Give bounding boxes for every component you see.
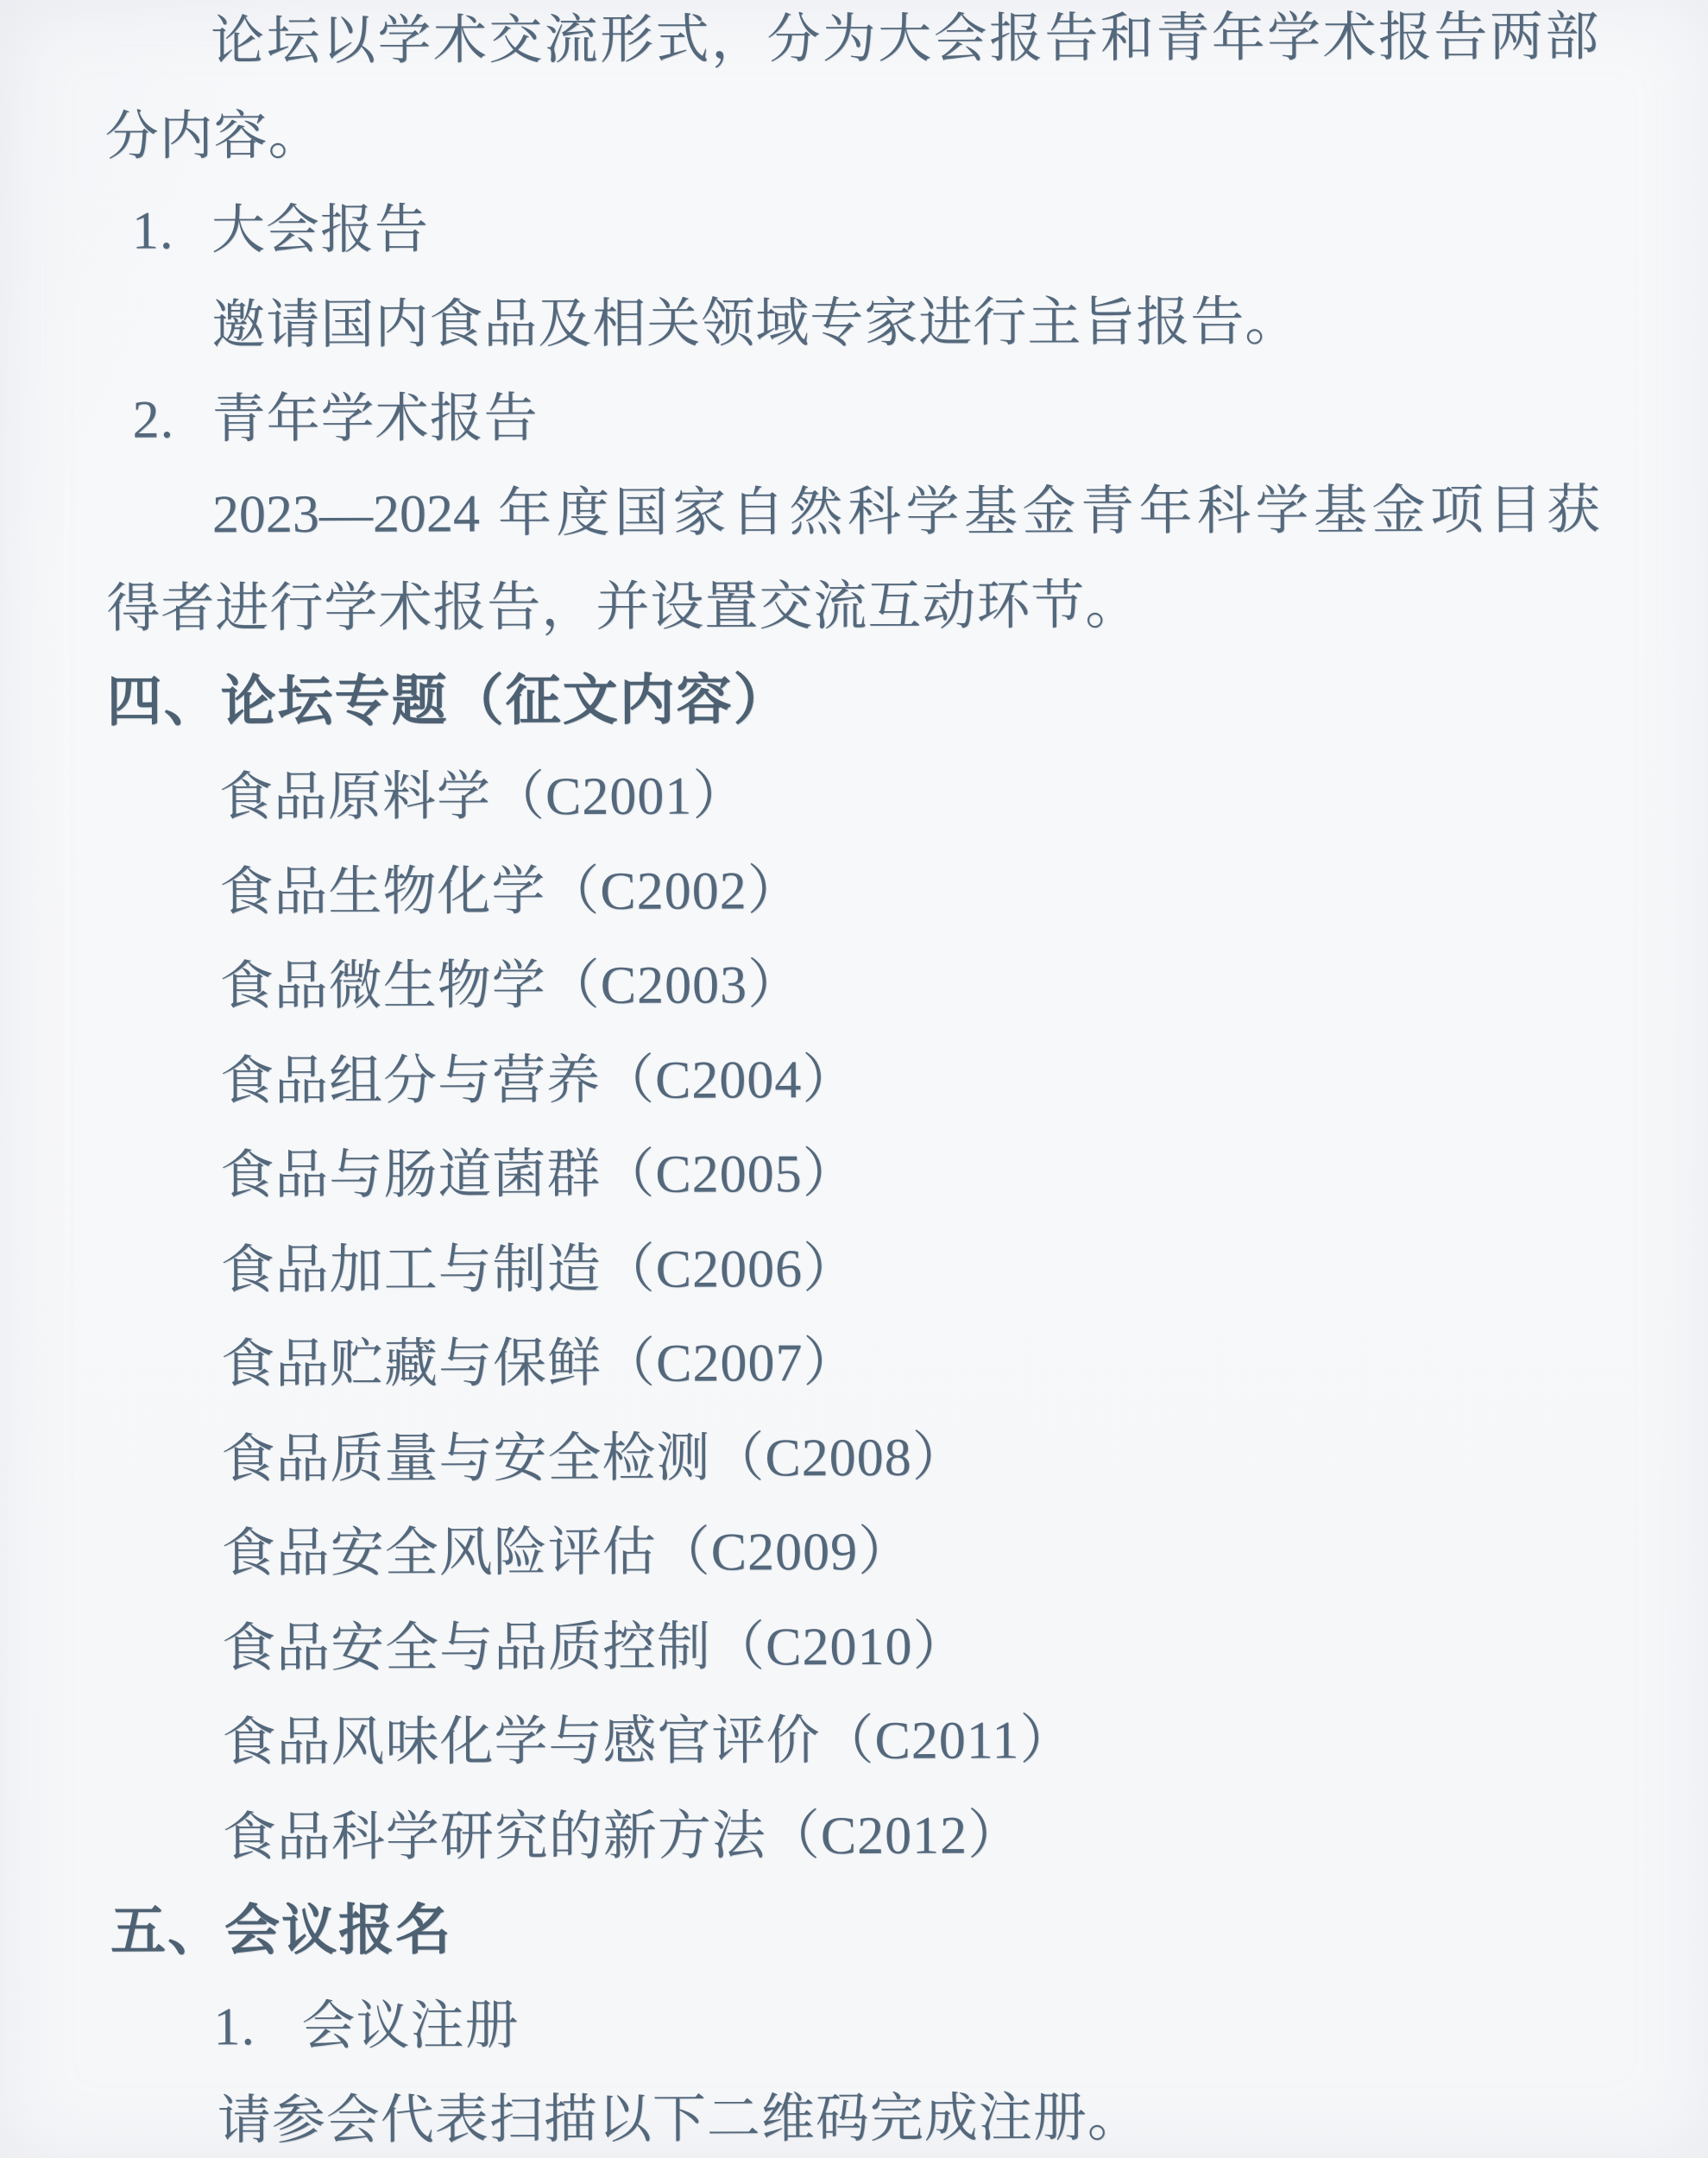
- section-heading-registration: 五、会议报名: [110, 1900, 452, 1959]
- report-item-2-number: 2.: [132, 390, 211, 449]
- topic-item: 食品科学研究的新方法（C2012）: [223, 1806, 1023, 1867]
- topic-item: 食品加工与制造（C2006）: [221, 1240, 858, 1300]
- topic-item: 食品原料学（C2001）: [219, 767, 747, 827]
- overview-line-1: 论坛以学术交流形式，分为大会报告和青年学术报告两部: [211, 8, 1598, 71]
- report-item-2-title: 青年学术报告: [211, 389, 538, 449]
- topic-item: 食品微生物学（C2003）: [220, 956, 803, 1016]
- topic-item: 食品质量与安全检测（C2008）: [221, 1429, 967, 1490]
- report-item-1-number: 1.: [132, 201, 211, 260]
- registration-item-1-number: 1.: [213, 1997, 301, 2056]
- registration-item-1-title: 会议注册: [301, 1997, 519, 2056]
- topic-item: 食品生物化学（C2002）: [219, 861, 802, 922]
- report-item-2: 2.青年学术报告: [132, 389, 538, 449]
- overview-line-2: 分内容。: [104, 107, 322, 167]
- report-item-1: 1.大会报告: [132, 201, 429, 261]
- report-item-1-desc: 邀请国内食品及相关领域专家进行主旨报告。: [211, 293, 1299, 355]
- page-content: 论坛以学术交流形式，分为大会报告和青年学术报告两部 分内容。 1.大会报告 邀请…: [0, 0, 1708, 2158]
- report-item-2-desc-line-2: 得者进行学术报告，并设置交流互动环节。: [106, 577, 1139, 639]
- report-item-2-desc-line-1: 2023—2024 年度国家自然科学基金青年科学基金项目获: [212, 481, 1600, 544]
- topic-item: 食品与肠道菌群（C2005）: [220, 1145, 857, 1205]
- topic-item: 食品贮藏与保鲜（C2007）: [221, 1334, 858, 1394]
- scanned-notice-page: 论坛以学术交流形式，分为大会报告和青年学术报告两部 分内容。 1.大会报告 邀请…: [0, 0, 1708, 2158]
- section-heading-topics: 四、论坛专题（征文内容）: [107, 670, 791, 730]
- report-item-1-title: 大会报告: [211, 201, 429, 261]
- registration-item-1: 1.会议注册: [213, 1997, 519, 2056]
- registration-desc: 请参会代表扫描以下二维码完成注册。: [217, 2089, 1142, 2150]
- topic-item: 食品安全与品质控制（C2010）: [222, 1618, 967, 1679]
- topic-item: 食品安全风险评估（C2009）: [222, 1523, 913, 1584]
- topic-item: 食品组分与营养（C2004）: [220, 1051, 857, 1111]
- topic-item: 食品风味化学与感官评价（C2011）: [222, 1711, 1074, 1772]
